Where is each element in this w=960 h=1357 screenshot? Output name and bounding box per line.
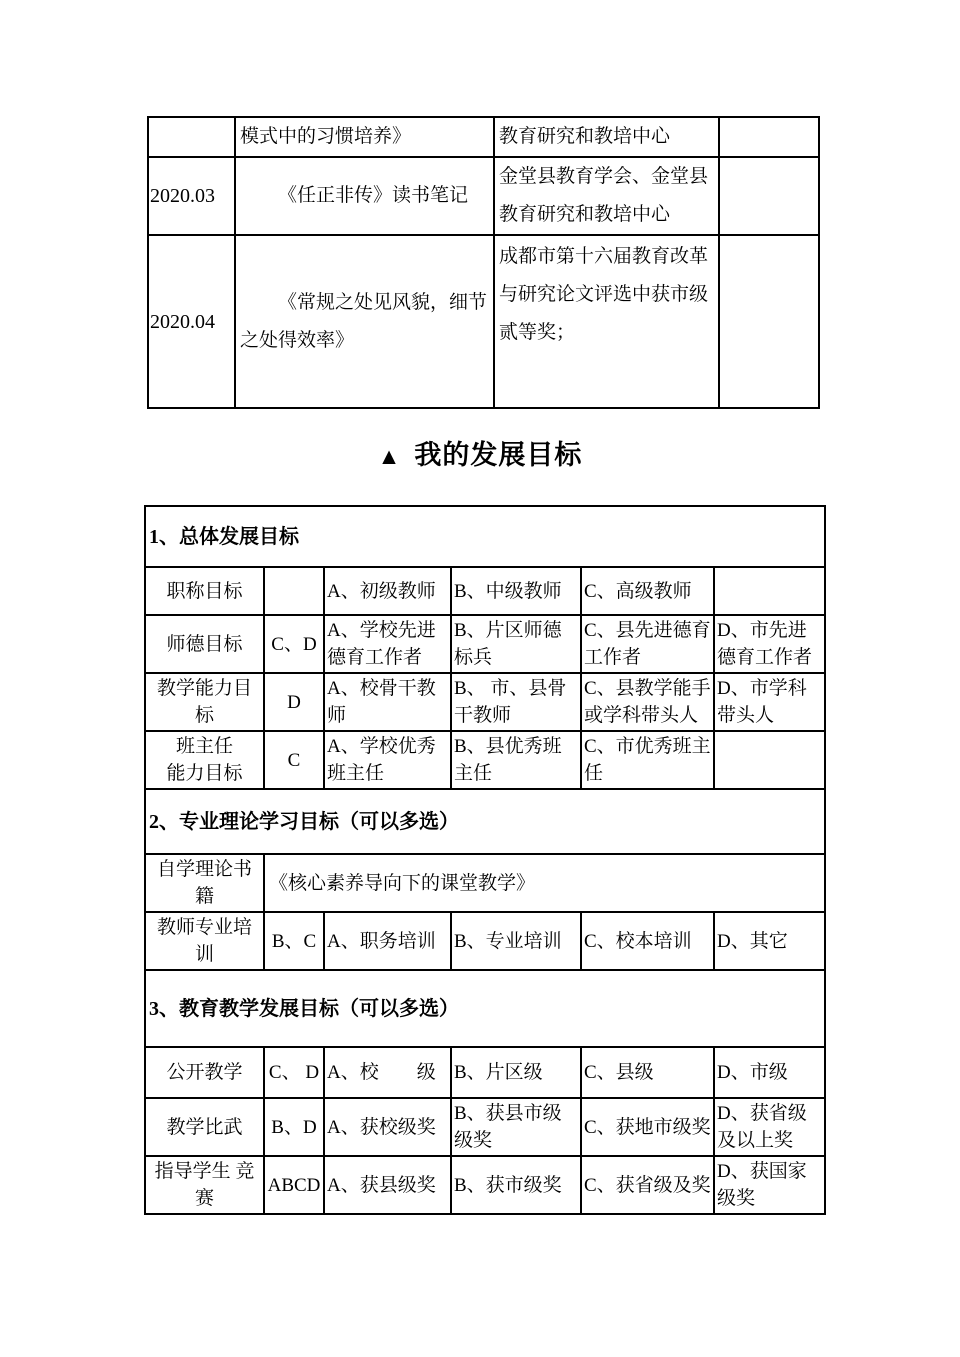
date-cell: 2020.04 bbox=[148, 235, 235, 408]
table-row: 自学理论书 籍 《核心素养导向下的课堂教学》 bbox=[145, 854, 825, 912]
selected-answer-cell: D bbox=[264, 673, 324, 731]
option-cell: B、获县市级级奖 bbox=[451, 1098, 581, 1156]
row-label-cell: 指导学生 竞 赛 bbox=[145, 1156, 264, 1214]
option-cell: C、县级 bbox=[581, 1047, 714, 1098]
table-row: 公开教学 C、 D A、校 级 B、片区级 C、县级 D、市级 bbox=[145, 1047, 825, 1098]
table-row: 模式中的习惯培养》 教育研究和教培中心 bbox=[148, 117, 819, 157]
option-cell: C、获省级及奖 bbox=[581, 1156, 714, 1214]
row-label-cell: 教师专业培 训 bbox=[145, 912, 264, 970]
title-cell: 模式中的习惯培养》 bbox=[235, 117, 494, 157]
selected-answer-cell: C、D bbox=[264, 615, 324, 673]
option-cell: B、片区师德标兵 bbox=[451, 615, 581, 673]
page-title: ▲我的发展目标 bbox=[0, 433, 960, 472]
note-cell bbox=[719, 235, 819, 408]
row-label-cell: 教学能力目 标 bbox=[145, 673, 264, 731]
option-cell: C、高级教师 bbox=[581, 567, 714, 615]
option-cell: B、专业培训 bbox=[451, 912, 581, 970]
org-cell: 教育研究和教培中心 bbox=[494, 117, 719, 157]
option-cell: C、获地市级奖 bbox=[581, 1098, 714, 1156]
option-cell: C、县先进德育工作者 bbox=[581, 615, 714, 673]
section-title: 2、专业理论学习目标（可以多选） bbox=[145, 789, 825, 854]
section-title-row: 2、专业理论学习目标（可以多选） bbox=[145, 789, 825, 854]
book-title-cell: 《核心素养导向下的课堂教学》 bbox=[264, 854, 825, 912]
row-label-cell: 公开教学 bbox=[145, 1047, 264, 1098]
table-row: 2020.03 《任正非传》读书笔记 金堂县教育学会、金堂县教育研究和教培中心 bbox=[148, 157, 819, 235]
section-title: 1、总体发展目标 bbox=[145, 506, 825, 567]
option-cell: D、获国家级奖 bbox=[714, 1156, 825, 1214]
option-cell: C、校本培训 bbox=[581, 912, 714, 970]
option-cell: A、校 级 bbox=[324, 1047, 451, 1098]
selected-answer-cell: B、C bbox=[264, 912, 324, 970]
option-cell: C、市优秀班主任 bbox=[581, 731, 714, 789]
option-cell: B、片区级 bbox=[451, 1047, 581, 1098]
row-label-cell: 职称目标 bbox=[145, 567, 264, 615]
table-row: 职称目标 A、初级教师 B、中级教师 C、高级教师 bbox=[145, 567, 825, 615]
option-cell bbox=[714, 567, 825, 615]
title-cell: 《常规之处见风貌，细节之处得效率》 bbox=[235, 235, 494, 408]
note-cell bbox=[719, 157, 819, 235]
option-cell: A、学校先进德育工作者 bbox=[324, 615, 451, 673]
option-cell: A、获校级奖 bbox=[324, 1098, 451, 1156]
publications-table: 模式中的习惯培养》 教育研究和教培中心 2020.03 《任正非传》读书笔记 金… bbox=[147, 116, 820, 409]
selected-answer-cell: B、D bbox=[264, 1098, 324, 1156]
table-row: 指导学生 竞 赛 ABCD A、获县级奖 B、获市级奖 C、获省级及奖 D、获国… bbox=[145, 1156, 825, 1214]
option-cell: A、获县级奖 bbox=[324, 1156, 451, 1214]
option-cell: B、获市级奖 bbox=[451, 1156, 581, 1214]
table-row: 教学比武 B、D A、获校级奖 B、获县市级级奖 C、获地市级奖 D、获省级及以… bbox=[145, 1098, 825, 1156]
section-title: 3、教育教学发展目标（可以多选） bbox=[145, 970, 825, 1047]
option-cell: A、校骨干教师 bbox=[324, 673, 451, 731]
option-cell: B、 市、县骨干教师 bbox=[451, 673, 581, 731]
document-page: 模式中的习惯培养》 教育研究和教培中心 2020.03 《任正非传》读书笔记 金… bbox=[0, 0, 960, 1357]
row-label-cell: 教学比武 bbox=[145, 1098, 264, 1156]
option-cell: D、其它 bbox=[714, 912, 825, 970]
row-label-cell: 自学理论书 籍 bbox=[145, 854, 264, 912]
table-row: 班主任 能力目标 C A、学校优秀班主任 B、县优秀班主任 C、市优秀班主任 bbox=[145, 731, 825, 789]
section-title-row: 1、总体发展目标 bbox=[145, 506, 825, 567]
option-cell: D、获省级及以上奖 bbox=[714, 1098, 825, 1156]
option-cell: C、县教学能手或学科带头人 bbox=[581, 673, 714, 731]
option-cell bbox=[714, 731, 825, 789]
title-cell: 《任正非传》读书笔记 bbox=[235, 157, 494, 235]
option-cell: D、市级 bbox=[714, 1047, 825, 1098]
option-cell: A、学校优秀班主任 bbox=[324, 731, 451, 789]
note-cell bbox=[719, 117, 819, 157]
selected-answer-cell: C、 D bbox=[264, 1047, 324, 1098]
page-title-text: 我的发展目标 bbox=[414, 440, 582, 470]
triangle-icon: ▲ bbox=[378, 444, 401, 469]
table-row: 2020.04 《常规之处见风貌，细节之处得效率》 成都市第十六届教育改革与研究… bbox=[148, 235, 819, 408]
selected-answer-cell: ABCD bbox=[264, 1156, 324, 1214]
option-cell: B、县优秀班主任 bbox=[451, 731, 581, 789]
development-goals-table: 1、总体发展目标 职称目标 A、初级教师 B、中级教师 C、高级教师 师德目标 … bbox=[144, 505, 826, 1215]
date-cell: 2020.03 bbox=[148, 157, 235, 235]
option-cell: D、市先进德育工作者 bbox=[714, 615, 825, 673]
org-cell: 成都市第十六届教育改革与研究论文评选中获市级贰等奖； bbox=[494, 235, 719, 408]
row-label-cell: 师德目标 bbox=[145, 615, 264, 673]
org-cell: 金堂县教育学会、金堂县教育研究和教培中心 bbox=[494, 157, 719, 235]
selected-answer-cell: C bbox=[264, 731, 324, 789]
option-cell: A、初级教师 bbox=[324, 567, 451, 615]
section-title-row: 3、教育教学发展目标（可以多选） bbox=[145, 970, 825, 1047]
table-row: 师德目标 C、D A、学校先进德育工作者 B、片区师德标兵 C、县先进德育工作者… bbox=[145, 615, 825, 673]
date-cell bbox=[148, 117, 235, 157]
option-cell: D、市学科带头人 bbox=[714, 673, 825, 731]
option-cell: A、职务培训 bbox=[324, 912, 451, 970]
row-label-cell: 班主任 能力目标 bbox=[145, 731, 264, 789]
option-cell: B、中级教师 bbox=[451, 567, 581, 615]
table-row: 教师专业培 训 B、C A、职务培训 B、专业培训 C、校本培训 D、其它 bbox=[145, 912, 825, 970]
selected-answer-cell bbox=[264, 567, 324, 615]
table-row: 教学能力目 标 D A、校骨干教师 B、 市、县骨干教师 C、县教学能手或学科带… bbox=[145, 673, 825, 731]
